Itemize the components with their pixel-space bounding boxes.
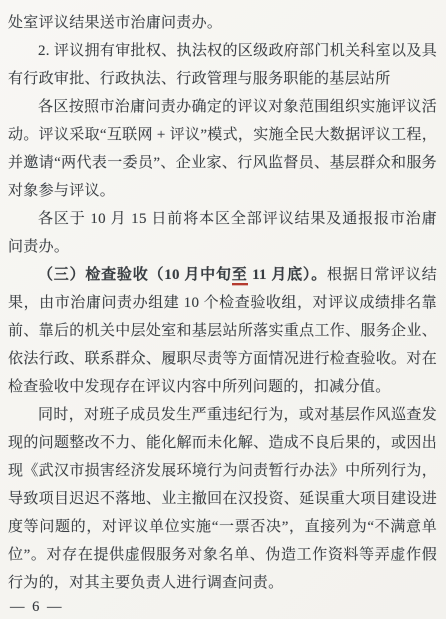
section-3-heading-text: （三）检查验收（10 月中旬: [38, 267, 232, 283]
scanned-document-page: 处室评议结果送市治庸问责办。 2. 评议拥有审批权、执法权的区级政府部门机关科室…: [0, 0, 446, 619]
section-3-heading-text-end: 11 月底）。: [248, 267, 327, 283]
paragraph-evaluation-method: 各区按照市治庸问责办确定的评议对象范围组织实施评议活动。评议采取“互联网 + 评…: [8, 93, 437, 205]
page-number: — 6 —: [10, 599, 437, 616]
paragraph-section-3-inspection: （三）检查验收（10 月中旬至 11 月底）。根据日常评议结果，由市治庸问责办组…: [8, 261, 437, 401]
paragraph-item-2-heading: 2. 评议拥有审批权、执法权的区级政府部门机关科室以及具有行政审批、行政执法、行…: [8, 37, 437, 93]
section-3-body-text: 根据日常评议结果，由市治庸问责办组建 10 个检查验收组，对评议成绩排名靠前、靠…: [8, 267, 437, 395]
paragraph-one-vote-veto: 同时，对班子成员发生严重违纪行为，或对基层作风巡查发现的问题整改不力、能化解而未…: [8, 401, 437, 597]
paragraph-continuation: 处室评议结果送市治庸问责办。: [8, 9, 437, 37]
paragraph-deadline: 各区于 10 月 15 日前将本区全部评议结果及通报报市治庸问责办。: [8, 205, 437, 261]
section-3-heading-red-marked-char: 至: [232, 267, 248, 285]
